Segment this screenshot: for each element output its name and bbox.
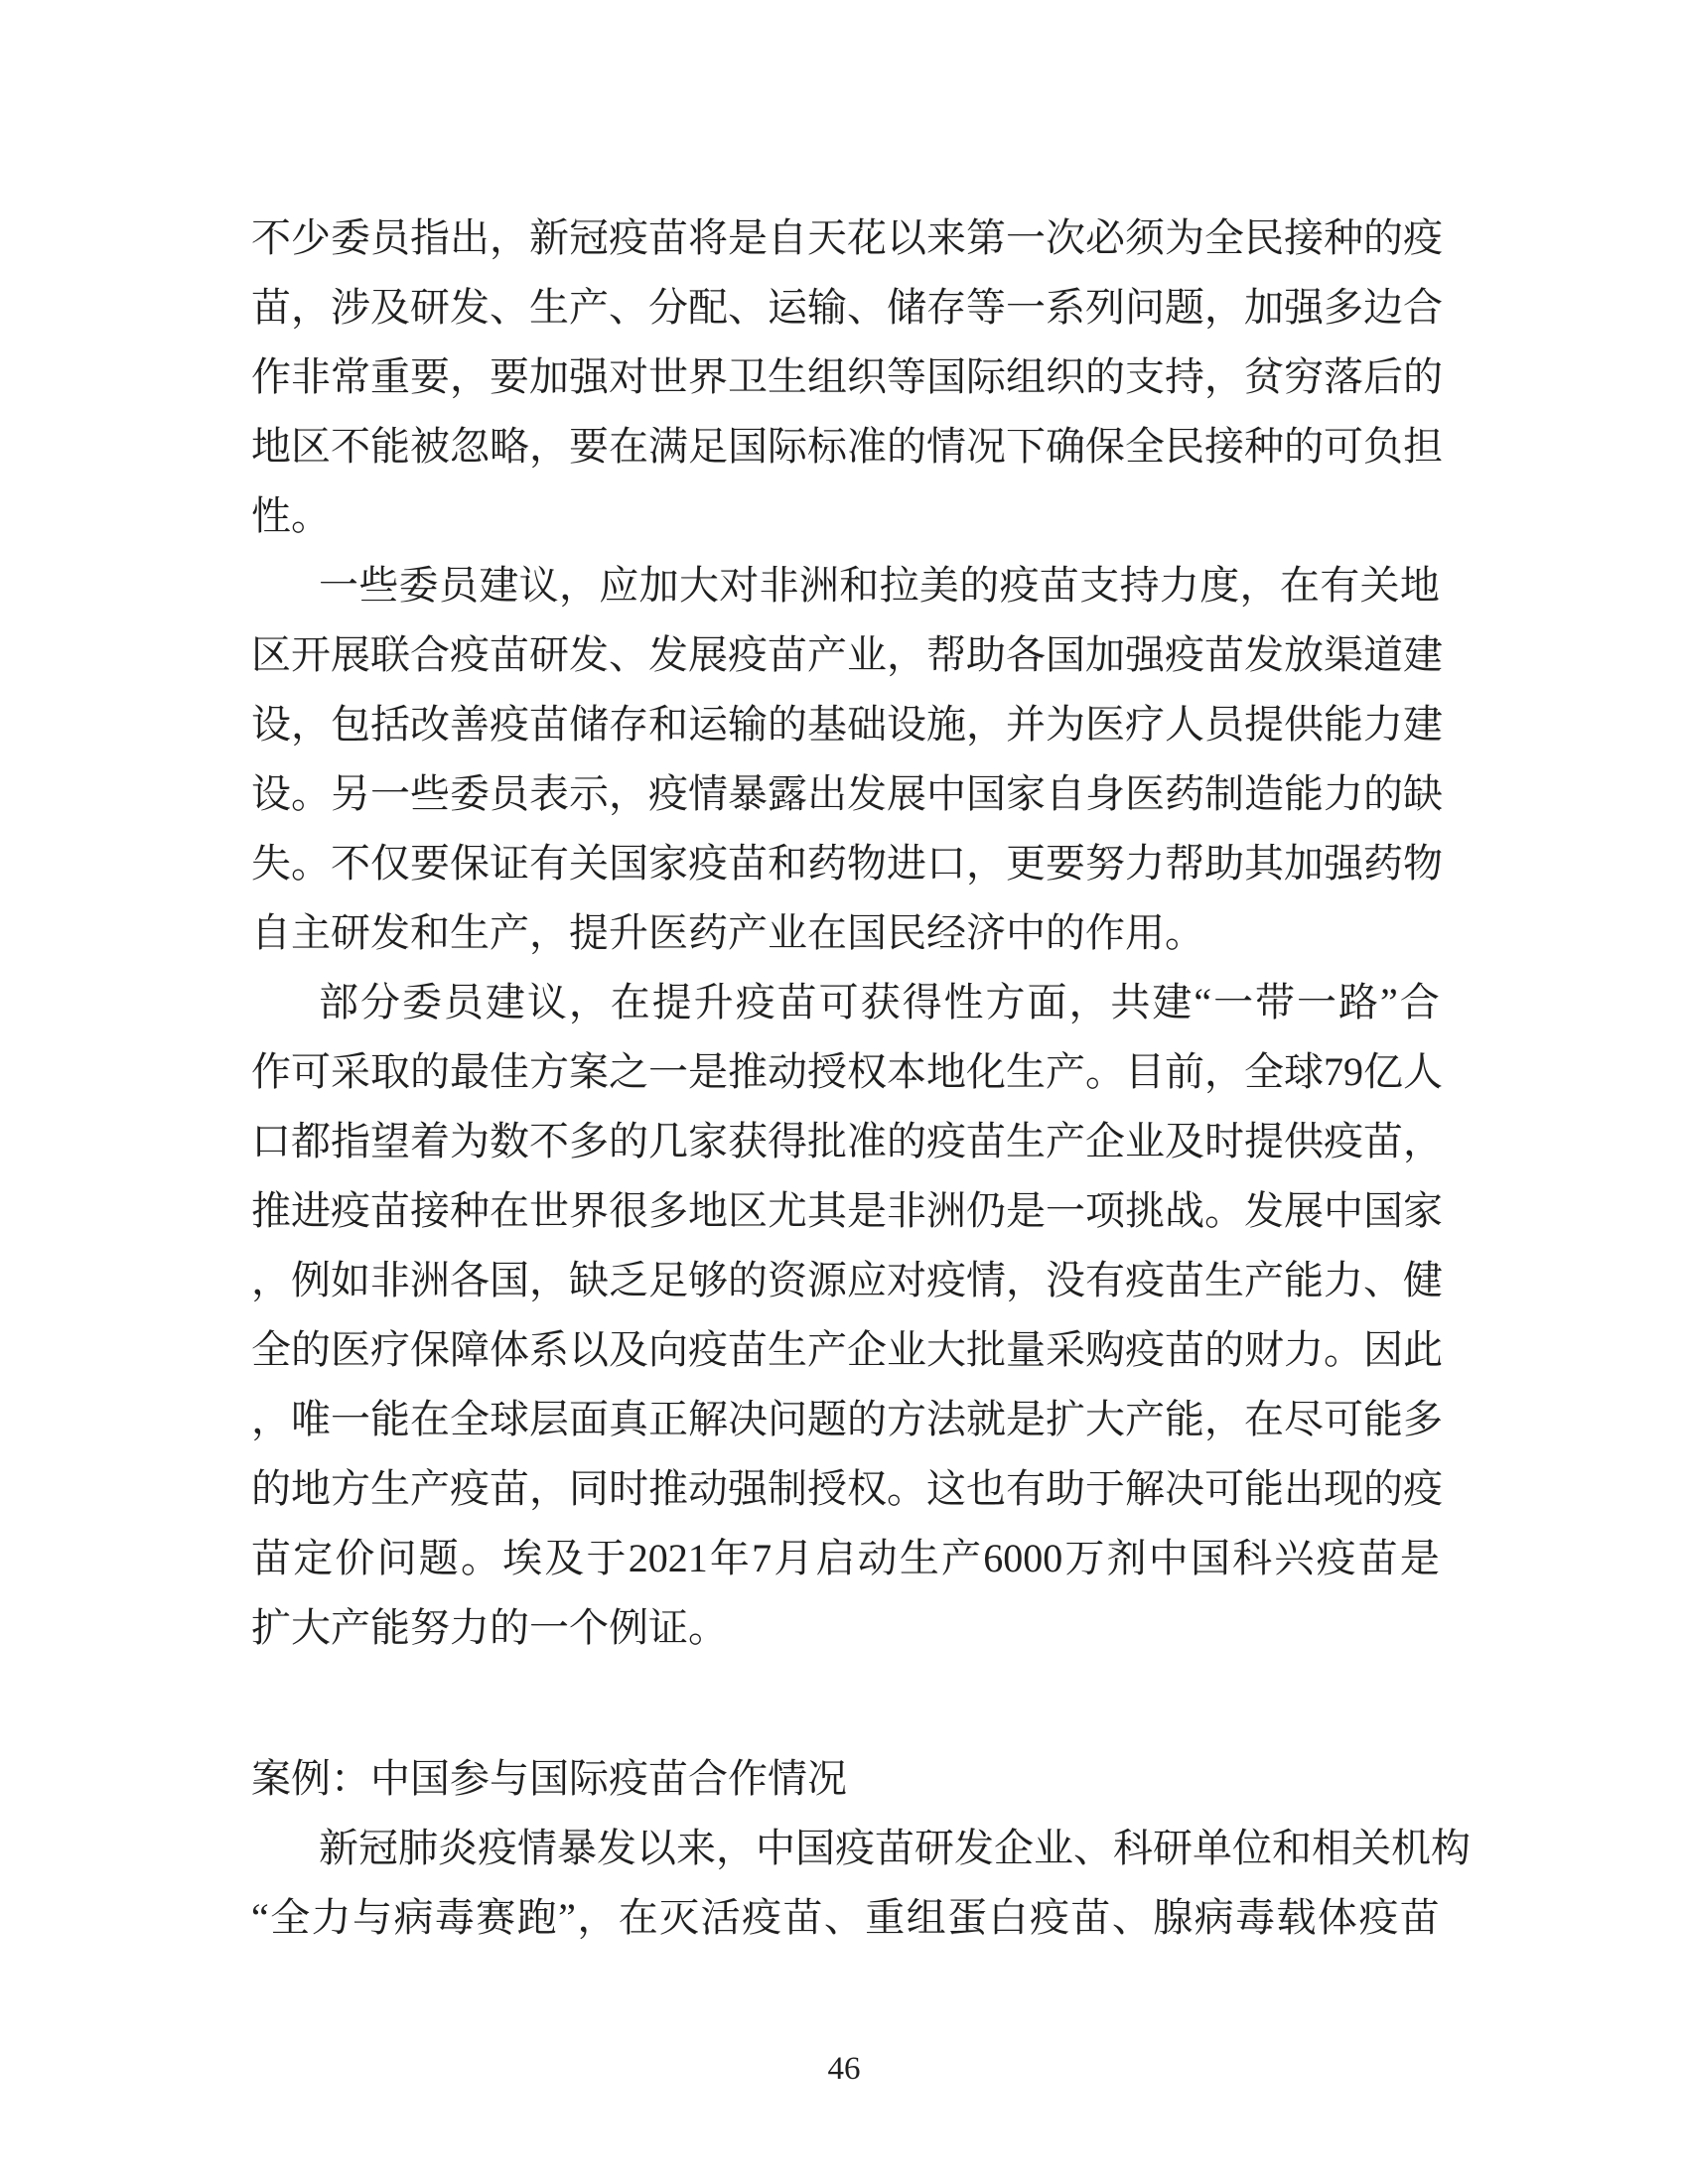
text-line: 新冠肺炎疫情暴发以来，中国疫苗研发企业、科研单位和相关机构: [251, 1814, 1440, 1883]
text-line: 部分委员建议，在提升疫苗可获得性方面，共建“一带一路”合: [251, 968, 1440, 1037]
text-line: 性。: [251, 481, 1440, 551]
text-line: 区开展联合疫苗研发、发展疫苗产业，帮助各国加强疫苗发放渠道建: [251, 620, 1440, 690]
paragraph-3: 部分委员建议，在提升疫苗可获得性方面，共建“一带一路”合作可采取的最佳方案之一是…: [251, 968, 1440, 1663]
text-line: 推进疫苗接种在世界很多地区尤其是非洲仍是一项挑战。发展中国家: [251, 1176, 1440, 1246]
text-line: 一些委员建议，应加大对非洲和拉美的疫苗支持力度，在有关地: [251, 551, 1440, 620]
text-line: 设。另一些委员表示，疫情暴露出发展中国家自身医药制造能力的缺: [251, 759, 1440, 829]
text-line: 扩大产能努力的一个例证。: [251, 1593, 1440, 1663]
text-line: 作非常重要，要加强对世界卫生组织等国际组织的支持，贫穷落后的: [251, 342, 1440, 412]
text-line: 自主研发和生产，提升医药产业在国民经济中的作用。: [251, 898, 1440, 968]
page-number: 46: [0, 2047, 1688, 2092]
paragraph-2: 一些委员建议，应加大对非洲和拉美的疫苗支持力度，在有关地区开展联合疫苗研发、发展…: [251, 551, 1440, 968]
text-line: “全力与病毒赛跑”，在灭活疫苗、重组蛋白疫苗、腺病毒载体疫苗: [251, 1883, 1440, 1953]
text-line: 全的医疗保障体系以及向疫苗生产企业大批量采购疫苗的财力。因此: [251, 1315, 1440, 1385]
text-line: ，例如非洲各国，缺乏足够的资源应对疫情，没有疫苗生产能力、健: [251, 1246, 1440, 1315]
text-line: 设，包括改善疫苗储存和运输的基础设施，并为医疗人员提供能力建: [251, 690, 1440, 759]
document-page: 不少委员指出，新冠疫苗将是自天花以来第一次必须为全民接种的疫苗，涉及研发、生产、…: [0, 0, 1688, 2184]
text-line: 苗定价问题。埃及于2021年7月启动生产6000万剂中国科兴疫苗是: [251, 1524, 1440, 1593]
text-line: 地区不能被忽略，要在满足国际标准的情况下确保全民接种的可负担: [251, 412, 1440, 481]
text-line: 作可采取的最佳方案之一是推动授权本地化生产。目前，全球79亿人: [251, 1037, 1440, 1107]
text-line: 不少委员指出，新冠疫苗将是自天花以来第一次必须为全民接种的疫: [251, 204, 1440, 273]
case-paragraph-1: 新冠肺炎疫情暴发以来，中国疫苗研发企业、科研单位和相关机构“全力与病毒赛跑”，在…: [251, 1814, 1440, 1953]
text-line: 口都指望着为数不多的几家获得批准的疫苗生产企业及时提供疫苗，: [251, 1107, 1440, 1176]
text-line: ，唯一能在全球层面真正解决问题的方法就是扩大产能，在尽可能多: [251, 1385, 1440, 1454]
text-line: 苗，涉及研发、生产、分配、运输、储存等一系列问题，加强多边合: [251, 273, 1440, 342]
text-line: 失。不仅要保证有关国家疫苗和药物进口，更要努力帮助其加强药物: [251, 829, 1440, 898]
text-body: 不少委员指出，新冠疫苗将是自天花以来第一次必须为全民接种的疫苗，涉及研发、生产、…: [251, 204, 1440, 1953]
text-line: 的地方生产疫苗，同时推动强制授权。这也有助于解决可能出现的疫: [251, 1454, 1440, 1524]
case-heading: 案例：中国参与国际疫苗合作情况: [251, 1744, 1440, 1814]
paragraph-1: 不少委员指出，新冠疫苗将是自天花以来第一次必须为全民接种的疫苗，涉及研发、生产、…: [251, 204, 1440, 551]
text-line: 案例：中国参与国际疫苗合作情况: [251, 1744, 1440, 1814]
